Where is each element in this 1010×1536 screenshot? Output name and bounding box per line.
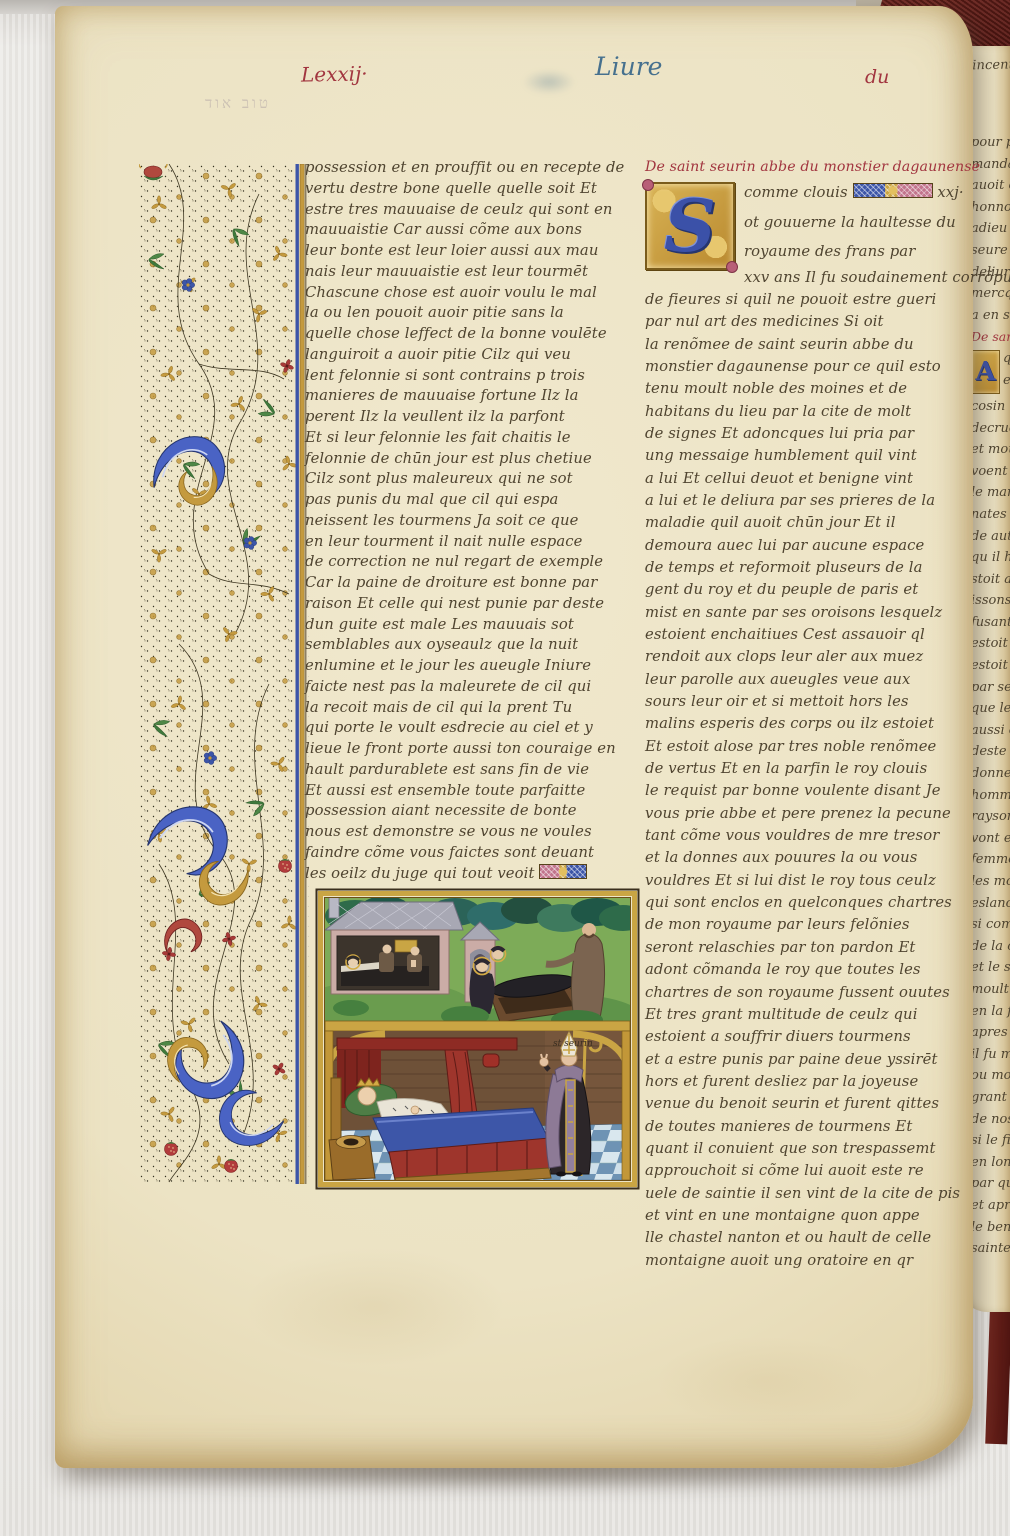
text-line: perent Ilz la veullent ilz la parfont [305, 407, 645, 428]
text-line: adont cõmanda le roy que toutes les [645, 959, 977, 981]
ink-offset-ghost [523, 70, 575, 94]
next-page-text-line: pour prestre [971, 132, 1010, 154]
text-line: la recoit mais de cil qui la prent Tu [305, 698, 645, 719]
text-line: Et tres grant multitude de ceulz qui [645, 1004, 977, 1026]
text-line: lle chastel nanton et ou hault de celle [645, 1227, 977, 1249]
text-line: monstier dagaunense pour ce quil esto [645, 356, 977, 378]
text-line: estre tres mauuaise de ceulz qui sont en [305, 200, 645, 221]
folio-number: Lexxij· [301, 61, 368, 86]
text-line: raison Et celle qui nest punie par deste [305, 594, 645, 615]
running-title-right: du [865, 66, 889, 88]
text-line: de toutes manieres de tourmens Et [645, 1116, 977, 1138]
text-line: tenu moult noble des moines et de [645, 378, 977, 400]
text-line: demoura auec lui par aucune espace [645, 535, 977, 557]
text-line: faicte nest pas la maleurete de cil qui [305, 677, 645, 698]
text-line: manieres de mauuaise fortune Ilz la [305, 386, 645, 407]
parchment-stain [655, 1336, 875, 1426]
text-line: Et estoit alose par tres noble renõmee [645, 736, 977, 758]
text-line: de vertus Et en la parfin le roy clouis [645, 758, 977, 780]
chapter-number: xxj· [937, 184, 963, 201]
text-line: le requist par bonne voulente disant Je [645, 780, 977, 802]
text-line: sours leur oir et si mettoit hors les [645, 691, 977, 713]
text-line: lent felonnie si sont contrains p trois [305, 366, 645, 387]
text-line: tant cõme vous vouldres de mre tresor [645, 825, 977, 847]
text-line: de fieures si quil ne pouoit estre gueri [645, 289, 977, 311]
text-line: de temps et reformoit pluseurs de la [645, 557, 977, 579]
text-line: malins esperis des corps ou ilz estoiet [645, 713, 977, 735]
right-text-column: De saint seurin abbe du monstier dagaune… [645, 156, 977, 1272]
text-line: mauuaistie Car aussi cõme aux bons [305, 220, 645, 241]
text-line: approuchoit si cõme lui auoit este re [645, 1160, 977, 1182]
initial-letter: S [664, 190, 716, 262]
text-line: gent du roy et du peuple de paris et [645, 579, 977, 601]
text-line: leur bonte est leur loier aussi aux mau [305, 241, 645, 262]
text-line: vouldres Et si lui dist le roy tous ceul… [645, 870, 977, 892]
text-line: nais leur mauuaistie est leur tourmēt [305, 262, 645, 283]
parchment-stain [245, 1246, 505, 1366]
text-line: possession aiant necessite de bonte [305, 801, 645, 822]
text-line: hors et furent desliez par la joyeuse [645, 1071, 977, 1093]
text-line: uele de saintie il sen vint de la cite d… [645, 1183, 977, 1205]
text-line: vous prie abbe et pere prenez la pecune [645, 803, 977, 825]
text-line: pas punis du mal que cil qui espa [305, 490, 645, 511]
text-line: montaigne auoit ung oratoire en qr [645, 1250, 977, 1272]
text-line: chartres de son royaume fussent ouutes [645, 982, 977, 1004]
text-line: a lui Et cellui deuot et benigne vint [645, 468, 977, 490]
text-line: leur parolle aux aueugles veue aux [645, 669, 977, 691]
text-line: habitans du lieu par la cite de molt [645, 401, 977, 423]
manuscript-photo: Vincent pour prestremanda sonauoit este … [0, 0, 1010, 1536]
text-line: vertu destre bone quelle quelle soit Et [305, 179, 645, 200]
text-line: mist en sante par ses oroisons lesquelz [645, 602, 977, 624]
text-line: qui sont enclos en quelconques chartres [645, 892, 977, 914]
text-line: ung messaige humblement quil vint [645, 445, 977, 467]
text-line: possession et en prouffit ou en recepte … [305, 158, 645, 179]
text-line: Cilz sont plus maleureux qui ne sot [305, 469, 645, 490]
text-line: et a estre punis par paine deue yssirēt [645, 1049, 977, 1071]
left-text-column: possession et en prouffit ou en recepte … [305, 158, 645, 884]
text-line: estoient enchaitiues Cest assauoir ql [645, 624, 977, 646]
text-line: rendoit aux clops leur aler aux muez [645, 646, 977, 668]
next-page-text-line: qn [1003, 348, 1010, 370]
next-page-text-line: et [1003, 370, 1010, 392]
text-line: languiroit a auoir pitie Cilz qui veu [305, 345, 645, 366]
line-filler-ornament [539, 864, 587, 879]
chapter-rubric: De saint seurin abbe du monstier dagaune… [645, 156, 977, 178]
text-line: quelle chose leffect de la bonne voulēte [305, 324, 645, 345]
text-line: a lui et le deliura par ses prieres de l… [645, 490, 977, 512]
miniature-frame: st seurin [315, 888, 640, 1190]
text-line: en leur tourment il nait nulle espace [305, 532, 645, 553]
text-line: la ou len pouoit auoir pitie sans la [305, 303, 645, 324]
text-line: Car la paine de droiture est bonne par [305, 573, 645, 594]
text-line: Chascune chose est auoir voulu le mal [305, 283, 645, 304]
text-line: nous est demonstre se vous ne voules [305, 822, 645, 843]
text-line: lieue le front porte aussi ton couraige … [305, 739, 645, 760]
line-filler-ornament [853, 183, 933, 198]
text-line: hault pardurablete est sans fin de vie [305, 760, 645, 781]
text-line: quant il conuient que son trespassemt [645, 1138, 977, 1160]
text-line: Et si leur felonnie les fait chaitis le [305, 428, 645, 449]
text-line: par nul art des medicines Si oit [645, 311, 977, 333]
text-line: les oeilz du juge qui tout veoit [305, 865, 535, 882]
illuminated-initial-s: S [645, 182, 735, 270]
text-line: semblables aux oyseaulz que la nuit [305, 635, 645, 656]
text-line: faindre cõme vous faictes sont deuant [305, 843, 645, 864]
text-line: venue du benoit seurin et furent qittes [645, 1093, 977, 1115]
text-line: de correction ne nul regart de exemple [305, 552, 645, 573]
text-line: felonnie de chūn jour est plus chetiue [305, 449, 645, 470]
faint-inscription: טוב אוד [205, 94, 271, 113]
text-line-with-filler: les oeilz du juge qui tout veoit [305, 864, 645, 885]
text-line: de mon royaume par leurs felõnies [645, 914, 977, 936]
text-line: et la donnes aux pouures la ou vous [645, 847, 977, 869]
bedside-chair [329, 1136, 375, 1181]
text-line: de signes Et adoncques lui pria par [645, 423, 977, 445]
text-line: neissent les tourmens Ja soit ce que [305, 511, 645, 532]
text-line: estoient a souffrir diuers tourmens [645, 1026, 977, 1048]
floral-border [139, 164, 309, 1184]
text-line: la renõmee de saint seurin abbe du [645, 334, 977, 356]
text-line: qui porte le voult esdrecie au ciel et y [305, 718, 645, 739]
miniature-label: st seurin [553, 1039, 593, 1049]
text-line: dun guite est male Les mauuais sot [305, 615, 645, 636]
text-line: Et aussi est ensemble toute parfaitte [305, 781, 645, 802]
text-line: maladie quil auoit chūn jour Et il [645, 512, 977, 534]
running-title: Liure [595, 52, 662, 81]
manuscript-page: Lexxij· טוב אוד Liure du [55, 6, 973, 1468]
text-line: seront relaschies par ton pardon Et [645, 937, 977, 959]
text-line: comme clouis [744, 184, 848, 201]
initial-letter: A [975, 357, 995, 387]
text-line: enlumine et le jour les aueugle Iniure [305, 656, 645, 677]
text-line: et vint en une montaigne quon appe [645, 1205, 977, 1227]
king-and-bishop-scene: st seurin [325, 1021, 630, 1188]
